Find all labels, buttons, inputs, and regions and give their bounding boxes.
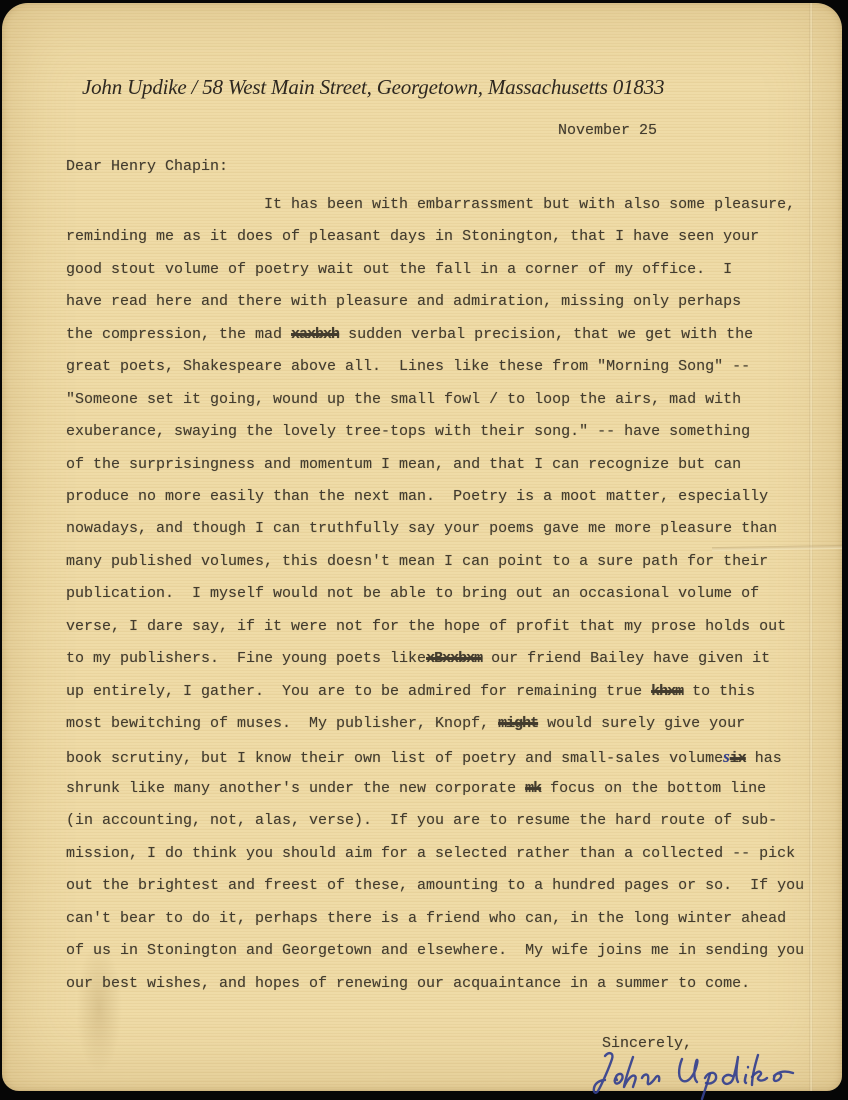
letter-line: book scrutiny, but I know their own list…	[66, 747, 822, 779]
letter-line: up entirely, I gather. You are to be adm…	[66, 683, 822, 715]
typed-text: verse, I dare say, if it were not for th…	[66, 618, 786, 635]
overtyped-strikeout-word: khxm	[651, 683, 683, 700]
letter-line: our best wishes, and hopes of renewing o…	[66, 975, 822, 1007]
typed-text: reminding me as it does of pleasant days…	[66, 228, 759, 245]
typed-text: would surely give your	[538, 715, 745, 732]
typed-text: great poets, Shakespeare above all. Line…	[66, 358, 750, 375]
letter-line: many published volumes, this doesn't mea…	[66, 553, 822, 585]
typed-text: have read here and there with pleasure a…	[66, 293, 741, 310]
letter-line: most bewitching of muses. My publisher, …	[66, 715, 822, 747]
typed-text: publication. I myself would not be able …	[66, 585, 759, 602]
typed-text: "Someone set it going, wound up the smal…	[66, 391, 741, 408]
letter-line: great poets, Shakespeare above all. Line…	[66, 358, 822, 390]
letter-line: It has been with embarrassment but with …	[66, 196, 822, 228]
letter-line: exuberance, swaying the lovely tree-tops…	[66, 423, 822, 455]
overtyped-strikeout-word: might	[498, 715, 538, 732]
overtyped-strikeout-word: xaxbxh	[291, 326, 339, 343]
letter-paper: John Updike / 58 West Main Street, Georg…	[2, 3, 842, 1091]
letter-line: verse, I dare say, if it were not for th…	[66, 618, 822, 650]
letter-body: It has been with embarrassment but with …	[66, 196, 822, 1007]
typed-text: It has been with embarrassment but with …	[66, 196, 795, 213]
typed-text: our friend Bailey have given it	[482, 650, 770, 667]
typed-text: exuberance, swaying the lovely tree-tops…	[66, 423, 750, 440]
typed-text: to this	[683, 683, 755, 700]
typed-text: can't bear to do it, perhaps there is a …	[66, 910, 786, 927]
handwritten-ink-insert: s	[723, 747, 730, 766]
typed-text: shrunk like many another's under the new…	[66, 780, 525, 797]
signature-handwritten	[585, 1047, 813, 1100]
letter-line: publication. I myself would not be able …	[66, 585, 822, 617]
typed-text: out the brightest and freest of these, a…	[66, 877, 804, 894]
typed-text: up entirely, I gather. You are to be adm…	[66, 683, 651, 700]
typed-text: nowadays, and though I can truthfully sa…	[66, 520, 777, 537]
letter-line: "Someone set it going, wound up the smal…	[66, 391, 822, 423]
typed-text: book scrutiny, but I know their own list…	[66, 750, 723, 767]
overtyped-strikeout-word: ix	[730, 750, 746, 767]
typed-text: many published volumes, this doesn't mea…	[66, 553, 768, 570]
letter-line: reminding me as it does of pleasant days…	[66, 228, 822, 260]
typed-text: most bewitching of muses. My publisher, …	[66, 715, 498, 732]
letter-line: of us in Stonington and Georgetown and e…	[66, 942, 822, 974]
letter-line: the compression, the mad xaxbxh sudden v…	[66, 326, 822, 358]
letterhead: John Updike / 58 West Main Street, Georg…	[82, 75, 664, 100]
letter-line: mission, I do think you should aim for a…	[66, 845, 822, 877]
typed-text: our best wishes, and hopes of renewing o…	[66, 975, 750, 992]
typed-text: focus on the bottom line	[541, 780, 766, 797]
salutation: Dear Henry Chapin:	[66, 158, 228, 175]
typed-text: good stout volume of poetry wait out the…	[66, 261, 732, 278]
letter-line: shrunk like many another's under the new…	[66, 780, 822, 812]
typed-text: produce no more easily than the next man…	[66, 488, 768, 505]
typed-text: mission, I do think you should aim for a…	[66, 845, 795, 862]
overtyped-strikeout-word: xBxxbxm	[426, 650, 482, 667]
letter-line: out the brightest and freest of these, a…	[66, 877, 822, 909]
typed-text: of us in Stonington and Georgetown and e…	[66, 942, 804, 959]
signature-john-updike-icon	[585, 1047, 813, 1100]
typed-text: the compression, the mad	[66, 326, 291, 343]
typed-text: to my publishers. Fine young poets like	[66, 650, 426, 667]
letter-date: November 25	[558, 122, 657, 139]
typed-text: of the surprisingness and momentum I mea…	[66, 456, 741, 473]
letter-line: can't bear to do it, perhaps there is a …	[66, 910, 822, 942]
typed-text: (in accounting, not, alas, verse). If yo…	[66, 812, 777, 829]
letter-line: (in accounting, not, alas, verse). If yo…	[66, 812, 822, 844]
typed-text: has	[746, 750, 782, 767]
overtyped-strikeout-word: mk	[525, 780, 541, 797]
typed-text: sudden verbal precision, that we get wit…	[339, 326, 753, 343]
letter-line: to my publishers. Fine young poets likex…	[66, 650, 822, 682]
letter-line: of the surprisingness and momentum I mea…	[66, 456, 822, 488]
letter-line: have read here and there with pleasure a…	[66, 293, 822, 325]
letter-line: good stout volume of poetry wait out the…	[66, 261, 822, 293]
letter-line: produce no more easily than the next man…	[66, 488, 822, 520]
letter-line: nowadays, and though I can truthfully sa…	[66, 520, 822, 552]
